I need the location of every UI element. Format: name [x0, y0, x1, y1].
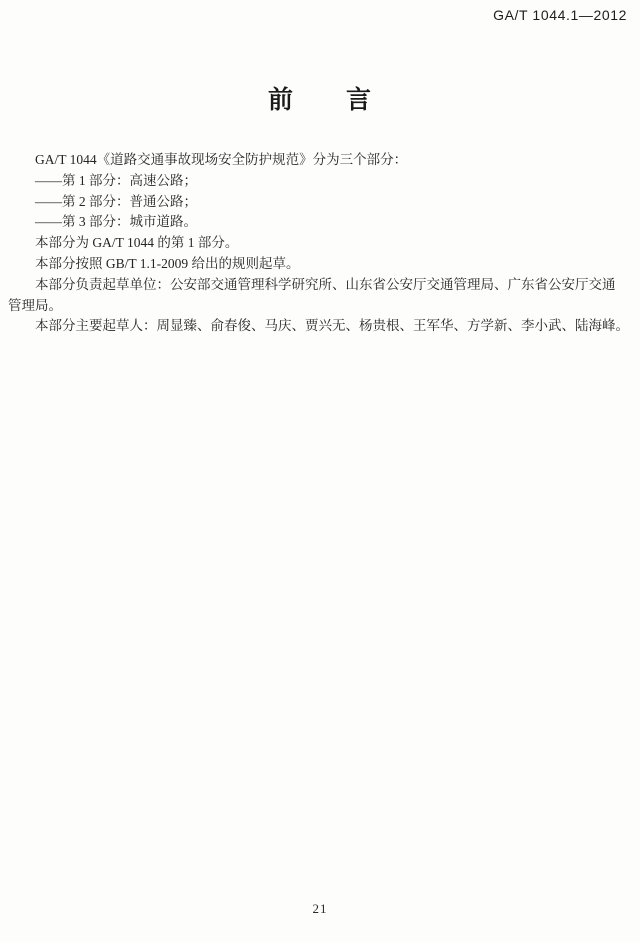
foreword-line-continuation: 管理局。: [8, 296, 632, 317]
foreword-line: 本部分按照 GB/T 1.1-2009 给出的规则起草。: [8, 254, 632, 275]
foreword-line: GA/T 1044《道路交通事故现场安全防护规范》分为三个部分：: [8, 150, 632, 171]
document-number: GA/T 1044.1—2012: [493, 7, 627, 23]
foreword-line: ——第 3 部分：城市道路。: [8, 212, 632, 233]
page-title: 前 言: [0, 80, 640, 116]
document-page: GA/T 1044.1—2012 前 言 GA/T 1044《道路交通事故现场安…: [0, 0, 640, 942]
foreword-line: 本部分主要起草人：周显臻、俞春俊、马庆、贾兴无、杨贵根、王军华、方学新、李小武、…: [8, 316, 632, 337]
foreword-line: 本部分负责起草单位：公安部交通管理科学研究所、山东省公安厅交通管理局、广东省公安…: [8, 275, 632, 296]
foreword-line: ——第 2 部分：普通公路；: [8, 192, 632, 213]
foreword-line: 本部分为 GA/T 1044 的第 1 部分。: [8, 233, 632, 254]
foreword-line: ——第 1 部分：高速公路；: [8, 171, 632, 192]
foreword-body: GA/T 1044《道路交通事故现场安全防护规范》分为三个部分： ——第 1 部…: [8, 150, 632, 337]
page-number: 21: [0, 901, 640, 917]
